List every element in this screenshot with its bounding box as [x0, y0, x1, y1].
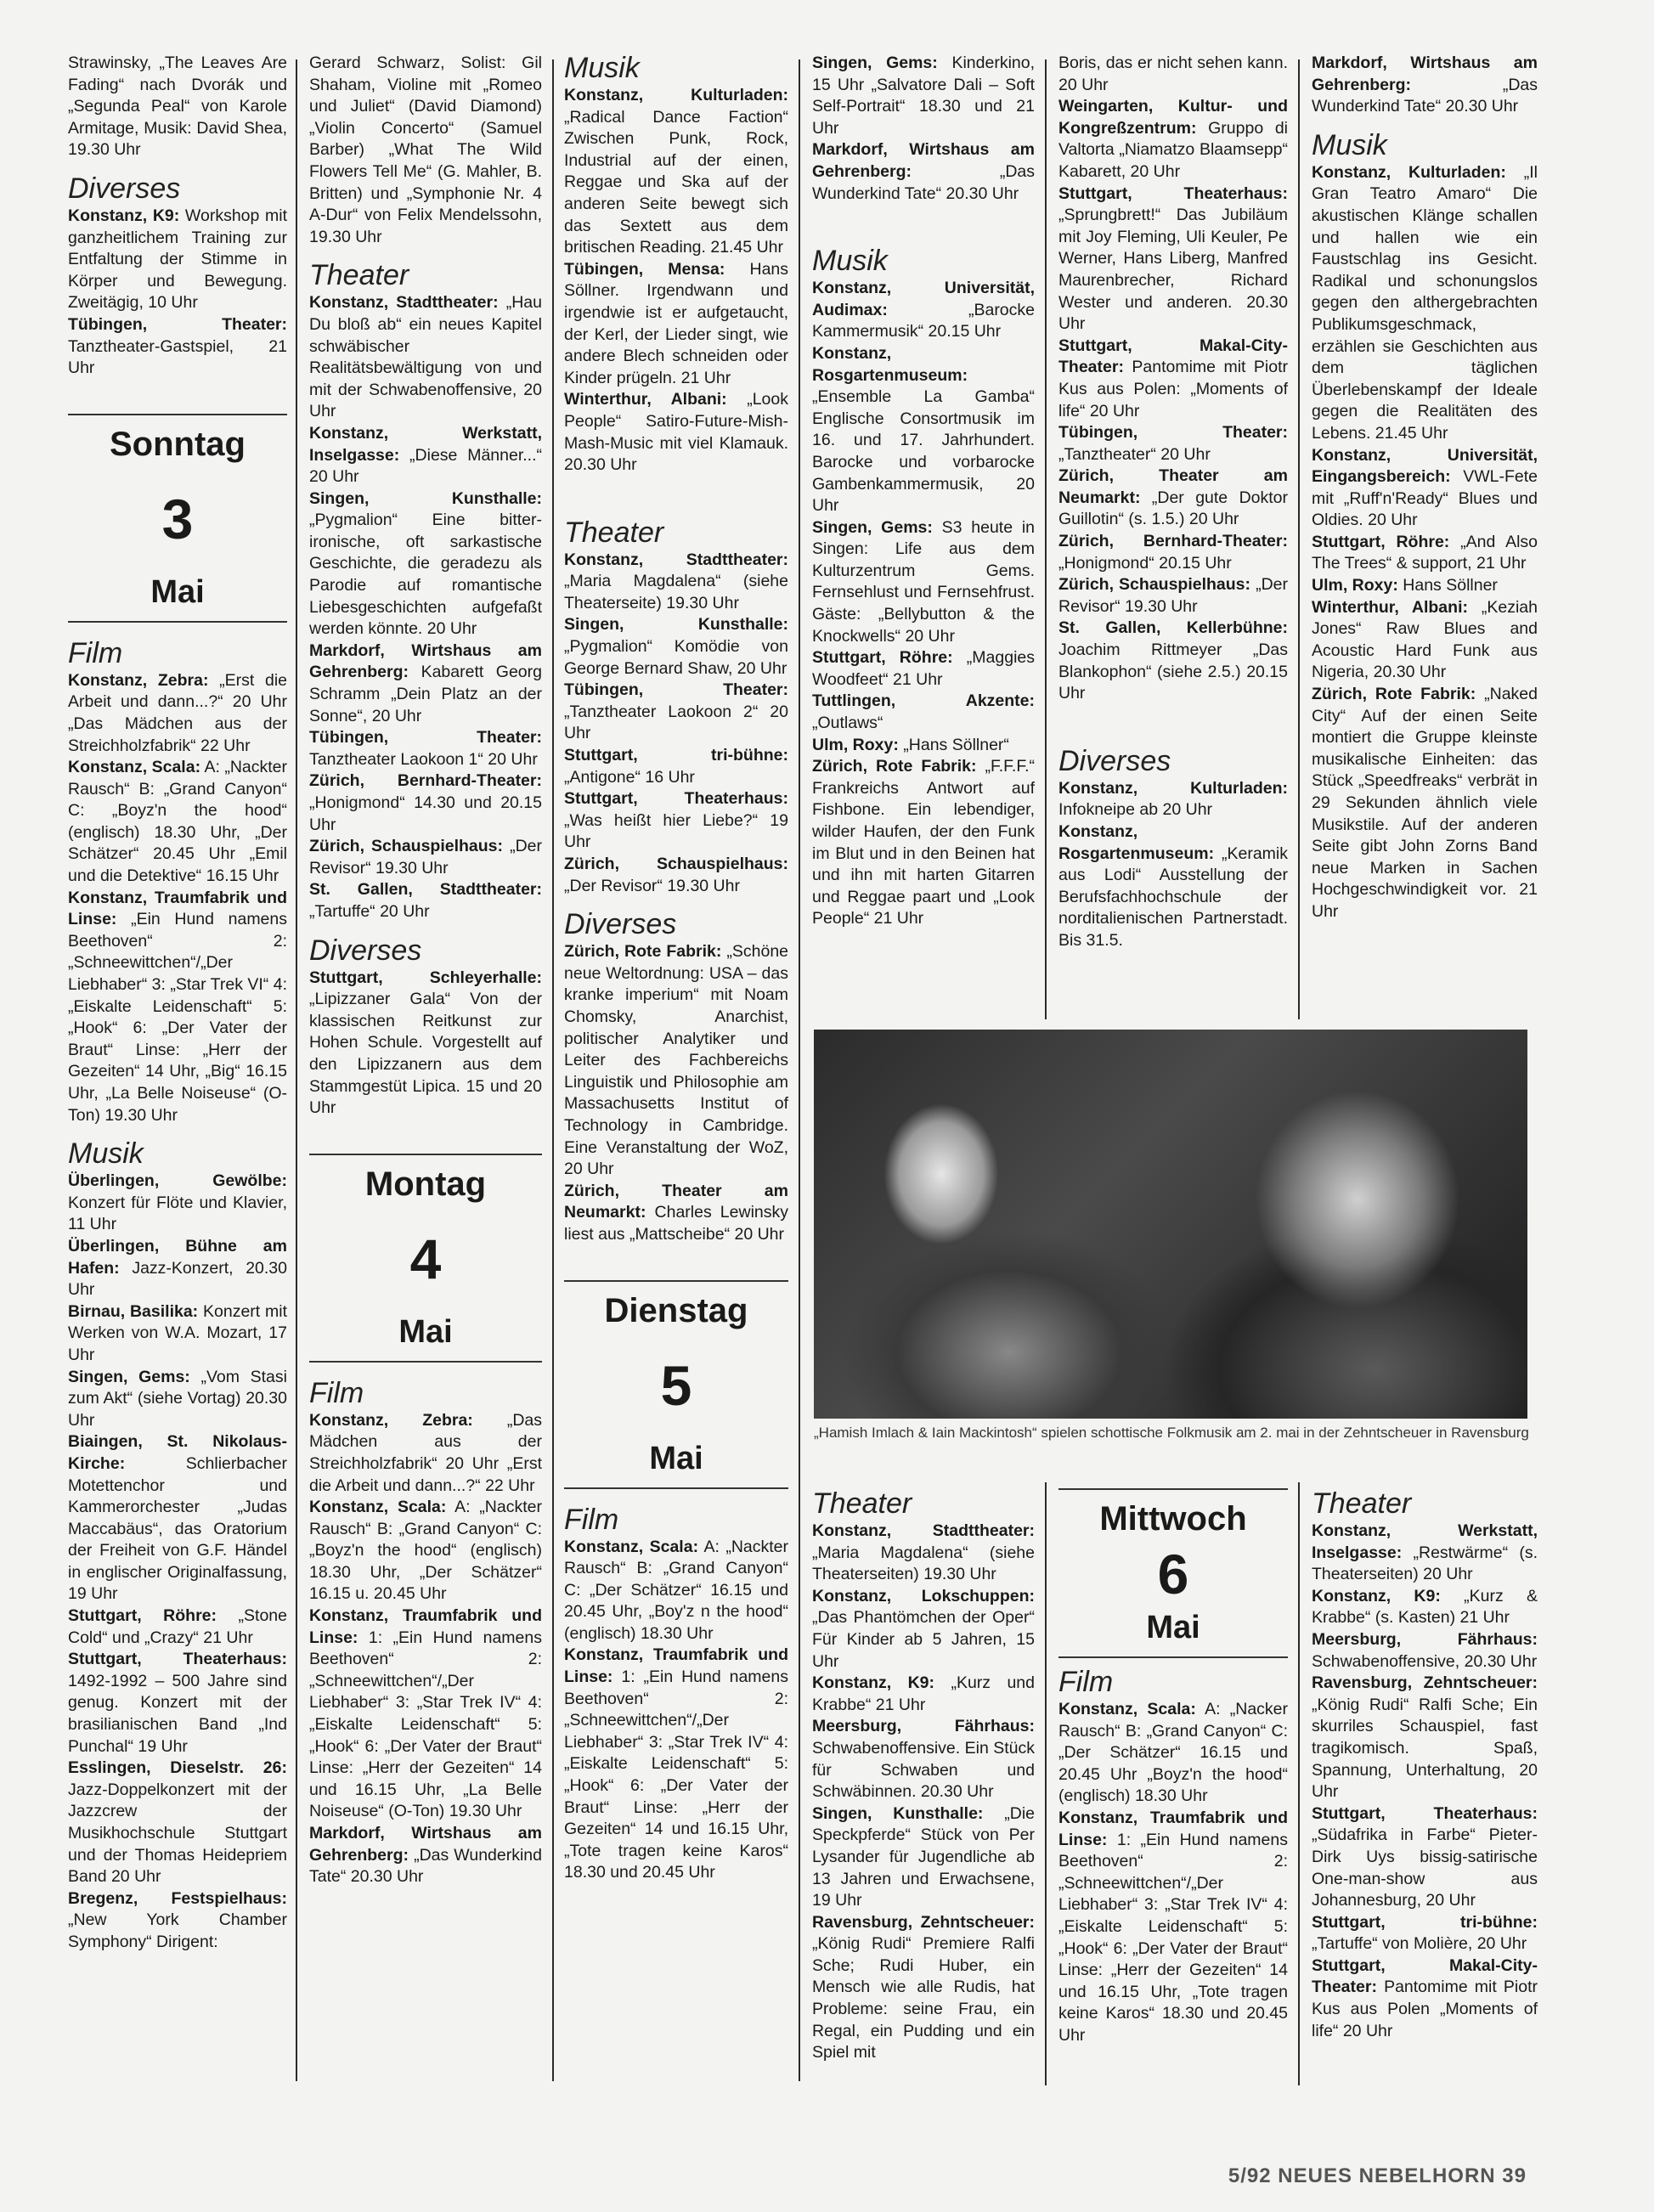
section-heading: Film [1058, 1667, 1288, 1697]
event-venue: Singen, Kunsthalle: [564, 615, 788, 634]
day-month: Mai [1058, 1605, 1288, 1650]
event-venue: Meersburg, Fährhaus: [1312, 1630, 1538, 1649]
event-entry: Konstanz, Kulturladen: „Il Gran Teatro A… [1312, 162, 1538, 445]
event-venue: Tübingen, Theater: [68, 315, 287, 334]
day-number: 4 [309, 1208, 542, 1310]
event-entry: Singen, Kunsthalle: „Pygmalion“ Eine bit… [309, 488, 542, 640]
event-description: „Il Gran Teatro Amaro“ Die akustischen K… [1312, 163, 1538, 443]
listing-column-3: MusikKonstanz, Kulturladen: „Radical Dan… [554, 53, 799, 1884]
event-venue: Winterthur, Albani: [1312, 598, 1468, 617]
event-description: Hans Söllner [1403, 576, 1498, 595]
event-entry: Zürich, Bernhard-Theater: „Honigmond“ 14… [309, 770, 542, 836]
event-venue: Singen, Kunsthalle: [309, 489, 542, 508]
event-description: Schlierbacher Motettenchor und Kammerorc… [68, 1454, 287, 1604]
event-description: „Maria Magdalena“ (siehe Theaterseite) 1… [564, 572, 788, 612]
event-entry: Stuttgart, Theaterhaus: „Was heißt hier … [564, 788, 788, 854]
event-entry: Meersburg, Fährhaus: Schwabenoffensive, … [1312, 1629, 1538, 1673]
photo-caption: „Hamish Imlach & Iain Mackintosh“ spiele… [814, 1424, 1536, 1442]
event-entry: Konstanz, Zebra: „Das Mädchen aus der St… [309, 1410, 542, 1497]
event-entry: Markdorf, Wirtshaus am Gehrenberg: „Das … [1312, 53, 1538, 118]
section-heading: Theater [812, 1488, 1035, 1519]
day-weekday: Mittwoch [1058, 1495, 1288, 1543]
event-entry: Gerard Schwarz, Solist: Gil Shaham, Viol… [309, 53, 542, 248]
event-venue: Tübingen, Theater: [564, 680, 788, 699]
event-description: „Was heißt hier Liebe?“ 19 Uhr [564, 811, 788, 852]
event-entry: Singen, Gems: S3 heute in Singen: Life a… [812, 517, 1035, 648]
event-description: Joachim Rittmeyer „Das Blankophon“ (sieh… [1058, 640, 1288, 703]
event-entry: Meersburg, Fährhaus: Schwabenoffensive. … [812, 1716, 1035, 1803]
event-description: „Schöne neue Weltordnung: USA – das kran… [564, 942, 788, 1178]
event-venue: Stuttgart, tri-bühne: [1312, 1913, 1538, 1932]
event-venue: Tübingen, Theater: [1058, 423, 1288, 442]
event-description: 1: „Ein Hund namens Beethoven“ 2: „Schne… [309, 1628, 542, 1821]
event-entry: Stuttgart, Theaterhaus: 1492-1992 – 500 … [68, 1649, 287, 1758]
event-entry: Konstanz, Universität, Audimax: „Barocke… [812, 278, 1035, 343]
event-venue: Stuttgart, Schleyerhalle: [309, 968, 542, 987]
event-entry: Ravensburg, Zehntscheuer: „König Rudi“ R… [1312, 1673, 1538, 1803]
section-heading: Musik [1312, 130, 1538, 161]
event-description: 1: „Ein Hund namens Beethoven“ 2: „Schne… [564, 1667, 788, 1882]
event-entry: Zürich, Rote Fabrik: „Naked City“ Auf de… [1312, 684, 1538, 923]
event-entry: Singen, Kunsthalle: „Die Speckpferde“ St… [812, 1803, 1035, 1912]
event-entry: Zürich, Theater am Neumarkt: „Der gute D… [1058, 466, 1288, 531]
event-entry: Stuttgart, Makal-City-Theater: Pantomime… [1312, 1955, 1538, 2042]
event-venue: Tübingen, Mensa: [564, 260, 725, 279]
event-venue: Konstanz, Scala: [309, 1498, 446, 1516]
event-venue: Singen, Gems: [68, 1368, 190, 1386]
event-description: „Honigmond“ 20.15 Uhr [1058, 554, 1232, 573]
event-venue: Konstanz, Lokschuppen: [812, 1587, 1035, 1605]
day-number: 6 [1058, 1543, 1288, 1605]
day-weekday: Sonntag [68, 420, 287, 468]
event-venue: Zürich, Schauspielhaus: [564, 855, 788, 873]
event-description: „Pygmalion“ Komödie von George Bernard S… [564, 637, 788, 678]
event-entry: Stuttgart, Röhre: „Stone Cold“ und „Craz… [68, 1605, 287, 1649]
event-venue: Konstanz, Scala: [1058, 1700, 1196, 1718]
event-venue: Zürich, Schauspielhaus: [309, 837, 503, 855]
column-divider [1045, 59, 1047, 1019]
event-venue: Zürich, Schauspielhaus: [1058, 575, 1250, 594]
event-venue: Singen, Gems: [812, 54, 938, 72]
column-divider [1298, 1482, 1300, 2085]
event-entry: Stuttgart, Theaterhaus: „Sprungbrett!“ D… [1058, 183, 1288, 336]
day-month: Mai [309, 1310, 542, 1354]
event-entry: Esslingen, Dieselstr. 26: Jazz-Doppelkon… [68, 1758, 287, 1888]
event-venue: St. Gallen, Stadttheater: [309, 880, 542, 899]
event-entry: Singen, Gems: „Vom Stasi zum Akt“ (siehe… [68, 1367, 287, 1432]
event-entry: Konstanz, K9: Workshop mit ganzheitliche… [68, 206, 287, 314]
event-description: S3 heute in Singen: Life aus dem Kulturz… [812, 518, 1035, 646]
event-venue: Stuttgart, Theaterhaus: [1058, 184, 1288, 203]
event-entry: Strawinsky, „The Leaves Are Fading“ nach… [68, 53, 287, 161]
event-entry: Biaingen, St. Nikolaus-Kirche: Schlierba… [68, 1431, 287, 1605]
event-description: „Naked City“ Auf der einen Seite montier… [1312, 685, 1538, 921]
event-entry: Ulm, Roxy: „Hans Söllner“ [812, 735, 1035, 757]
event-entry: Konstanz, Stadttheater: „Maria Magdalena… [812, 1521, 1035, 1586]
event-description: Gerard Schwarz, Solist: Gil Shaham, Viol… [309, 54, 542, 246]
listing-column-4: Singen, Gems: Kinderkino, 15 Uhr „Salvat… [802, 53, 1045, 930]
section-heading: Film [564, 1504, 788, 1535]
event-entry: Zürich, Schauspielhaus: „Der Revisor“ 19… [309, 836, 542, 879]
day-weekday: Dienstag [564, 1287, 788, 1335]
event-entry: Ravensburg, Zehntscheuer: „König Rudi“ P… [812, 1912, 1035, 2064]
event-entry: Konstanz, Lokschuppen: „Das Phantömchen … [812, 1586, 1035, 1673]
event-entry: Winterthur, Albani: „Keziah Jones“ Raw B… [1312, 597, 1538, 684]
day-month: Mai [564, 1436, 788, 1481]
event-entry: Stuttgart, Röhre: „Maggies Woodfeet“ 21 … [812, 647, 1035, 691]
event-description: „New York Chamber Symphony“ Dirigent: [68, 1910, 287, 1951]
event-description: „Pygmalion“ Eine bitter-ironische, oft s… [309, 511, 542, 638]
event-entry: Stuttgart, Makal-City-Theater: Pantomime… [1058, 336, 1288, 422]
event-venue: Konstanz, Zebra: [68, 671, 208, 690]
event-entry: Überlingen, Bühne am Hafen: Jazz-Konzert… [68, 1236, 287, 1301]
column-divider [1045, 1482, 1047, 2085]
event-description: Konzert für Flöte und Klavier, 11 Uhr [68, 1193, 287, 1234]
section-heading: Film [309, 1378, 542, 1408]
event-description: Hans Söllner. Irgendwann und irgendwie i… [564, 260, 788, 387]
event-entry: Konstanz, Traumfabrik und Linse: 1: „Ein… [1058, 1808, 1288, 2047]
event-venue: Tübingen, Theater: [309, 728, 542, 747]
event-description: „Tartuffe“ von Molière, 20 Uhr [1312, 1934, 1527, 1953]
column-divider [799, 59, 800, 2081]
event-entry: Konstanz, Kulturladen: „Radical Dance Fa… [564, 85, 788, 259]
event-venue: Ravensburg, Zehntscheuer: [1312, 1673, 1538, 1692]
event-venue: Zürich, Rote Fabrik: [812, 757, 976, 776]
event-entry: Konstanz, Traumfabrik und Linse: 1: „Ein… [309, 1605, 542, 1823]
section-heading: Theater [309, 260, 542, 291]
day-month: Mai [68, 570, 287, 614]
event-description: „Das Phantömchen der Oper“ Für Kinder ab… [812, 1608, 1035, 1670]
event-entry: Konstanz, Zebra: „Erst die Arbeit und da… [68, 670, 287, 757]
event-venue: Konstanz, Zebra: [309, 1411, 473, 1430]
event-description: „Maria Magdalena“ (siehe Theaterseiten) … [812, 1543, 1035, 1584]
listing-column-bottom-3: TheaterKonstanz, Werkstatt, Inselgasse: … [1301, 1488, 1548, 2042]
event-entry: Konstanz, Scala: A: „Nackter Rausch“ B: … [309, 1497, 542, 1605]
column-divider [1298, 59, 1300, 1019]
event-venue: Konstanz, Kulturladen: [1058, 779, 1288, 798]
event-venue: Tuttlingen, Akzente: [812, 691, 1035, 710]
day-header: Dienstag5Mai [564, 1280, 788, 1489]
event-entry: Singen, Gems: Kinderkino, 15 Uhr „Salvat… [812, 53, 1035, 139]
day-header: Montag4Mai [309, 1154, 542, 1363]
event-venue: Konstanz, Kulturladen: [564, 86, 788, 104]
event-venue: St. Gallen, Kellerbühne: [1058, 618, 1288, 637]
event-description: „König Rudi“ Premiere Ralfi Sche; Rudi H… [812, 1934, 1035, 2062]
event-entry: Ulm, Roxy: Hans Söllner [1312, 575, 1538, 597]
event-entry: Stuttgart, Theaterhaus: „Südafrika in Fa… [1312, 1803, 1538, 1912]
event-description: Tanztheater-Gastspiel, 21 Uhr [68, 337, 287, 378]
event-entry: Boris, das er nicht sehen kann. 20 Uhr [1058, 53, 1288, 96]
event-entry: Tübingen, Mensa: Hans Söllner. Irgendwan… [564, 259, 788, 390]
event-venue: Konstanz, Scala: [564, 1538, 698, 1556]
event-venue: Stuttgart, Röhre: [812, 648, 953, 667]
event-venue: Stuttgart, Röhre: [68, 1606, 217, 1625]
event-entry: Weingarten, Kultur- und Kongreßzentrum: … [1058, 96, 1288, 183]
section-heading: Diverses [309, 935, 542, 966]
section-heading: Diverses [1058, 746, 1288, 776]
event-venue: Stuttgart, Theaterhaus: [1312, 1804, 1538, 1823]
event-description: „König Rudi“ Ralfi Sche; Ein skurriles S… [1312, 1696, 1538, 1801]
event-venue: Zürich, Rote Fabrik: [564, 942, 721, 961]
event-entry: St. Gallen, Stadttheater: „Tartuffe“ 20 … [309, 879, 542, 923]
event-description: Boris, das er nicht sehen kann. 20 Uhr [1058, 54, 1288, 94]
listing-column-bottom-1: TheaterKonstanz, Stadttheater: „Maria Ma… [802, 1488, 1045, 2064]
event-venue: Konstanz, Stadttheater: [309, 293, 499, 312]
event-description: A: „Nackter Rausch“ B: „Grand Canyon“ C:… [68, 758, 287, 885]
event-venue: Meersburg, Fährhaus: [812, 1717, 1035, 1735]
event-venue: Zürich, Bernhard-Theater: [1058, 532, 1288, 550]
event-description: Schwabenoffensive, 20.30 Uhr [1312, 1652, 1537, 1671]
event-entry: Markdorf, Wirtshaus am Gehrenberg: Kabar… [309, 640, 542, 727]
event-venue: Konstanz, Stadttheater: [812, 1521, 1035, 1540]
event-description: „Ensemble La Gamba“ Englische Consortmus… [812, 387, 1035, 515]
event-venue: Esslingen, Dieselstr. 26: [68, 1758, 287, 1777]
event-description: „Tanztheater Laokoon 2“ 20 Uhr [564, 703, 788, 743]
page-footer: 5/92 NEUES NEBELHORN 39 [1228, 2164, 1527, 2188]
event-entry: Tübingen, Theater: Tanztheater Laokoon 1… [309, 727, 542, 770]
event-venue: Bregenz, Festspielhaus: [68, 1889, 287, 1908]
event-description: „Hau Du bloß ab“ ein neues Kapitel schwä… [309, 293, 542, 420]
event-venue: Winterthur, Albani: [564, 390, 727, 409]
event-entry: Stuttgart, tri-bühne: „Tartuffe“ von Mol… [1312, 1912, 1538, 1955]
event-venue: Konstanz, K9: [68, 206, 179, 225]
event-venue: Zürich, Rote Fabrik: [1312, 685, 1476, 703]
event-entry: Konstanz, Traumfabrik und Linse: „Ein Hu… [68, 888, 287, 1127]
event-entry: Zürich, Schauspielhaus: „Der Revisor“ 19… [1058, 574, 1288, 618]
event-entry: Überlingen, Gewölbe: Konzert für Flöte u… [68, 1171, 287, 1236]
event-venue: Konstanz, Rosgartenmuseum: [812, 344, 968, 385]
event-entry: Konstanz, Stadttheater: „Maria Magdalena… [564, 550, 788, 615]
day-header: Mittwoch6Mai [1058, 1488, 1288, 1658]
event-entry: Konstanz, K9: „Kurz und Krabbe“ 21 Uhr [812, 1673, 1035, 1716]
event-entry: Stuttgart, Röhre: „And Also The Trees“ &… [1312, 532, 1538, 575]
event-entry: Singen, Kunsthalle: „Pygmalion“ Komödie … [564, 614, 788, 680]
event-entry: St. Gallen, Kellerbühne: Joachim Rittmey… [1058, 618, 1288, 704]
section-heading: Diverses [564, 909, 788, 940]
event-entry: Konstanz, Werkstatt, Inselgasse: „Diese … [309, 423, 542, 488]
event-entry: Tübingen, Theater: „Tanztheater“ 20 Uhr [1058, 422, 1288, 466]
section-heading: Musik [68, 1138, 287, 1169]
event-venue: Stuttgart, Theaterhaus: [68, 1650, 287, 1668]
event-entry: Winterthur, Albani: „Look People“ Satiro… [564, 389, 788, 476]
event-venue: Konstanz, Rosgartenmuseum: [1058, 822, 1214, 863]
event-entry: Bregenz, Festspielhaus: „New York Chambe… [68, 1888, 287, 1954]
event-description: „Antigone“ 16 Uhr [564, 768, 695, 787]
event-entry: Zürich, Schauspielhaus: „Der Revisor“ 19… [564, 854, 788, 897]
event-venue: Konstanz, K9: [1312, 1587, 1441, 1605]
listing-column-5: Boris, das er nicht sehen kann. 20 UhrWe… [1048, 53, 1298, 952]
event-entry: Konstanz, Kulturladen: Infokneipe ab 20 … [1058, 778, 1288, 821]
event-description: Strawinsky, „The Leaves Are Fading“ nach… [68, 54, 287, 159]
section-heading: Theater [1312, 1488, 1538, 1519]
event-entry: Konstanz, Universität, Eingangsbereich: … [1312, 445, 1538, 532]
event-photo [814, 1030, 1527, 1419]
event-venue: Ulm, Roxy: [812, 736, 899, 754]
section-heading: Diverses [68, 173, 287, 204]
event-description: „Tanztheater“ 20 Uhr [1058, 445, 1211, 464]
event-description: 1: „Ein Hund namens Beethoven“ 2: „Schne… [1058, 1831, 1288, 2045]
event-venue: Stuttgart, Röhre: [1312, 533, 1449, 551]
event-description: „Hans Söllner“ [903, 736, 1009, 754]
event-venue: Konstanz, Scala: [68, 758, 200, 776]
event-description: Infokneipe ab 20 Uhr [1058, 800, 1212, 819]
event-venue: Ravensburg, Zehntscheuer: [812, 1913, 1035, 1932]
event-entry: Konstanz, Stadttheater: „Hau Du bloß ab“… [309, 292, 542, 423]
listing-column-2: Gerard Schwarz, Solist: Gil Shaham, Viol… [299, 53, 552, 1888]
section-heading: Theater [564, 517, 788, 548]
event-entry: Zürich, Theater am Neumarkt: Charles Lew… [564, 1181, 788, 1246]
event-entry: Stuttgart, Schleyerhalle: „Lipizzaner Ga… [309, 968, 542, 1120]
day-number: 3 [68, 468, 287, 570]
event-venue: Birnau, Basilika: [68, 1302, 198, 1321]
event-entry: Konstanz, Rosgartenmuseum: „Ensemble La … [812, 343, 1035, 517]
event-venue: Stuttgart, tri-bühne: [564, 746, 788, 765]
event-entry: Konstanz, Scala: A: „Nackter Rausch“ B: … [68, 757, 287, 888]
listing-column-6: Markdorf, Wirtshaus am Gehrenberg: „Das … [1301, 53, 1548, 923]
event-description: „Der Revisor“ 19.30 Uhr [564, 877, 740, 895]
event-venue: Überlingen, Gewölbe: [68, 1171, 287, 1190]
event-entry: Zürich, Bernhard-Theater: „Honigmond“ 20… [1058, 531, 1288, 574]
event-entry: Markdorf, Wirtshaus am Gehrenberg: „Das … [812, 139, 1035, 205]
event-venue: Konstanz, Stadttheater: [564, 550, 788, 569]
section-heading: Musik [564, 53, 788, 83]
event-venue: Ulm, Roxy: [1312, 576, 1398, 595]
event-entry: Zürich, Rote Fabrik: „Schöne neue Weltor… [564, 941, 788, 1181]
section-heading: Musik [812, 245, 1035, 276]
event-entry: Konstanz, Werkstatt, Inselgasse: „Restwä… [1312, 1521, 1538, 1586]
event-description: „Ein Hund namens Beethoven“ 2: „Schneewi… [68, 910, 287, 1124]
event-entry: Tübingen, Theater: „Tanztheater Laokoon … [564, 680, 788, 745]
event-description: „Tartuffe“ 20 Uhr [309, 902, 430, 921]
event-entry: Stuttgart, tri-bühne: „Antigone“ 16 Uhr [564, 745, 788, 788]
event-entry: Konstanz, Scala: A: „Nackter Rausch“ B: … [564, 1537, 788, 1645]
day-weekday: Montag [309, 1160, 542, 1208]
event-entry: Konstanz, K9: „Kurz & Krabbe“ (s. Kasten… [1312, 1586, 1538, 1629]
event-entry: Zürich, Rote Fabrik: „F.F.F.“ Frankreich… [812, 756, 1035, 930]
event-venue: Singen, Gems: [812, 518, 933, 537]
event-description: „Radical Dance Faction“ Zwischen Punk, R… [564, 108, 788, 257]
listing-column-1: Strawinsky, „The Leaves Are Fading“ nach… [58, 53, 297, 1954]
event-entry: Tübingen, Theater: Tanztheater-Gastspiel… [68, 314, 287, 380]
event-entry: Markdorf, Wirtshaus am Gehrenberg: „Das … [309, 1823, 542, 1888]
event-description: „Sprungbrett!“ Das Jubiläum mit Joy Flem… [1058, 206, 1288, 333]
event-entry: Konstanz, Scala: A: „Nacker Rausch“ B: „… [1058, 1699, 1288, 1808]
event-venue: Konstanz, Kulturladen: [1312, 163, 1506, 182]
listing-column-bottom-2: Mittwoch6MaiFilmKonstanz, Scala: A: „Nac… [1048, 1488, 1298, 2047]
event-description: „F.F.F.“ Frankreichs Antwort auf Fishbon… [812, 757, 1035, 928]
event-entry: Birnau, Basilika: Konzert mit Werken von… [68, 1301, 287, 1367]
event-description: Schwabenoffensive. Ein Stück für Schwabe… [812, 1739, 1035, 1801]
event-entry: Konstanz, Rosgartenmuseum: „Keramik aus … [1058, 821, 1288, 952]
section-heading: Film [68, 638, 287, 669]
event-entry: Konstanz, Traumfabrik und Linse: 1: „Ein… [564, 1645, 788, 1884]
event-description: „Honigmond“ 14.30 und 20.15 Uhr [309, 793, 542, 834]
day-header: Sonntag3Mai [68, 414, 287, 623]
event-description: Tanztheater Laokoon 1“ 20 Uhr [309, 750, 538, 769]
event-description: „Outlaws“ [812, 714, 883, 732]
event-description: „Südafrika in Farbe“ Pieter-Dirk Uys bis… [1312, 1825, 1538, 1910]
event-venue: Konstanz, K9: [812, 1673, 934, 1692]
day-number: 5 [564, 1335, 788, 1436]
event-entry: Tuttlingen, Akzente: „Outlaws“ [812, 691, 1035, 734]
event-description: „Lipizzaner Gala“ Von der klassischen Re… [309, 990, 542, 1117]
event-description: 1492-1992 – 500 Jahre sind genug. Konzer… [68, 1672, 287, 1756]
event-description: Jazz-Doppelkonzert mit der Jazzcrew der … [68, 1780, 287, 1886]
event-venue: Stuttgart, Theaterhaus: [564, 789, 788, 808]
event-venue: Zürich, Bernhard-Theater: [309, 771, 542, 790]
event-venue: Singen, Kunsthalle: [812, 1804, 983, 1823]
